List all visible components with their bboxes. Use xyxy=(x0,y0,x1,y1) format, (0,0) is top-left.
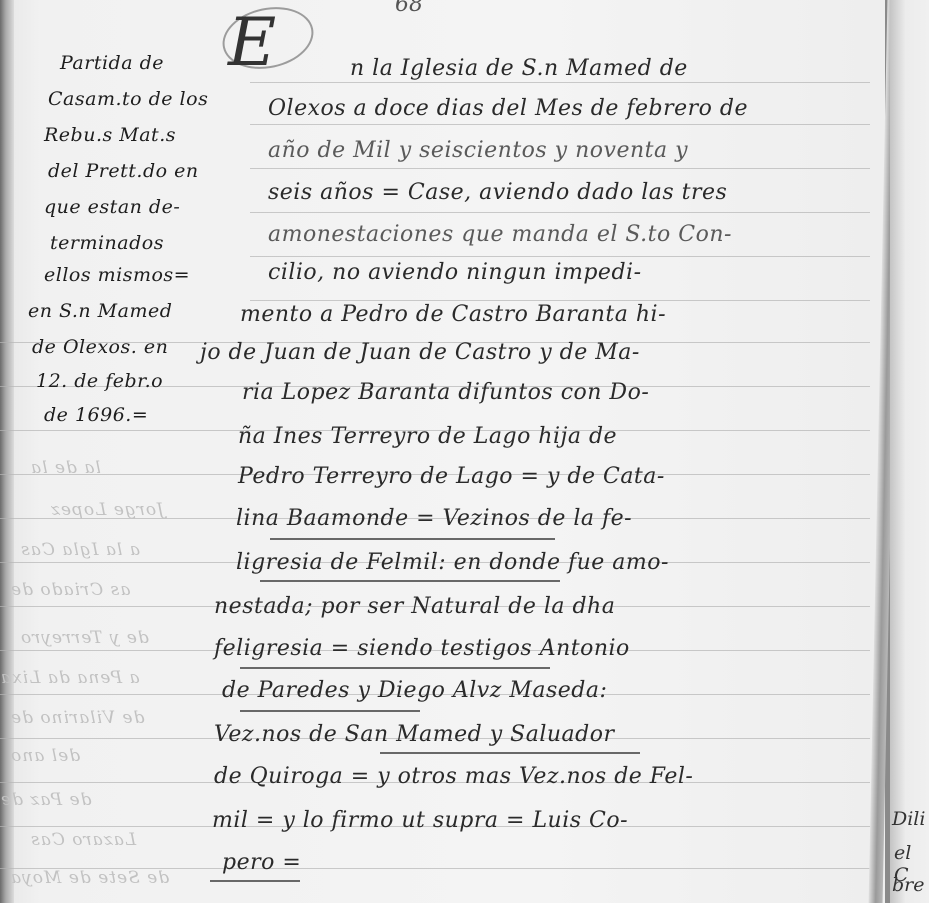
name-underline xyxy=(270,538,555,540)
body-line: amonestaciones que manda el S.to Con- xyxy=(268,222,732,247)
bleed-through-text: del ano xyxy=(10,746,80,766)
margin-note-line: Partida de xyxy=(60,52,164,74)
folio-number: 68 xyxy=(395,0,423,17)
margin-note-line: ellos mismos= xyxy=(44,264,190,286)
bleed-through-text: Jorge Lopez xyxy=(50,500,164,520)
body-line: cilio, no aviendo ningun impedi- xyxy=(268,260,642,285)
name-underline xyxy=(240,667,550,669)
body-line: ria Lopez Baranta difuntos con Do- xyxy=(242,380,649,405)
body-line: seis años = Case, aviendo dado las tres xyxy=(268,180,727,205)
bleed-through-text: de Vilarino de xyxy=(10,708,144,728)
bleed-through-text: as Criado de xyxy=(10,580,130,600)
margin-note-line: de 1696.= xyxy=(44,404,148,426)
margin-note-line: terminados xyxy=(50,232,164,254)
body-line: nestada; por ser Natural de la dha xyxy=(214,594,615,619)
ruled-line xyxy=(250,82,870,83)
body-line: ligresia de Felmil: en donde fue amo- xyxy=(236,550,669,575)
margin-note-line: Casam.to de los xyxy=(48,88,208,110)
bleed-through-text: de y Terreyro xyxy=(20,628,149,648)
adjacent-page: Dili el C bre xyxy=(890,0,929,903)
adjacent-page-text: Dili xyxy=(892,808,925,830)
margin-note-line: del Prett.do en xyxy=(48,160,199,182)
body-line: Pedro Terreyro de Lago = y de Cata- xyxy=(238,464,665,489)
bleed-through-text: a Pena da Lixa xyxy=(0,668,140,688)
body-line: jo de Juan de Juan de Castro y de Ma- xyxy=(200,340,640,365)
body-line: n la Iglesia de S.n Mamed de xyxy=(350,56,688,81)
body-line: de Paredes y Diego Alvz Maseda: xyxy=(222,678,607,703)
body-line: de Quiroga = y otros mas Vez.nos de Fel- xyxy=(214,764,693,789)
bleed-through-text: de Sete de Moya xyxy=(10,868,169,888)
name-underline xyxy=(210,880,300,882)
margin-note-line: que estan de- xyxy=(44,196,180,218)
manuscript-page: la de la Jorge Lopez a la Igla Cas as Cr… xyxy=(0,0,885,903)
name-underline xyxy=(380,752,640,754)
body-line: lina Baamonde = Vezinos de la fe- xyxy=(236,506,632,531)
body-line: Olexos a doce dias del Mes de febrero de xyxy=(268,96,748,121)
name-underline xyxy=(240,710,420,712)
body-line: mil = y lo firmo ut supra = Luis Co- xyxy=(212,808,628,833)
body-line: feligresia = siendo testigos Antonio xyxy=(214,636,630,661)
margin-note-line: 12. de febr.o xyxy=(36,370,163,392)
page-binding-edge xyxy=(0,0,14,903)
ruled-line xyxy=(250,168,870,169)
body-line: mento a Pedro de Castro Baranta hi- xyxy=(240,302,666,327)
margin-note-line: en S.n Mamed xyxy=(28,300,172,322)
name-underline xyxy=(260,580,560,582)
margin-note-line: de Olexos. en xyxy=(32,336,168,358)
bleed-through-text: la de la xyxy=(30,458,101,478)
body-line: Vez.nos de San Mamed y Saluador xyxy=(214,722,615,747)
decorated-initial: E xyxy=(228,8,328,78)
body-line: año de Mil y seiscientos y noventa y xyxy=(268,138,688,163)
bleed-through-text: a la Igla Cas xyxy=(20,540,140,560)
ruled-line xyxy=(250,212,870,213)
bleed-through-text: de Paz de xyxy=(0,790,91,810)
body-line: ña Ines Terreyro de Lago hija de xyxy=(238,424,617,449)
ruled-line xyxy=(250,300,870,301)
margin-note-line: Rebu.s Mat.s xyxy=(44,124,176,146)
bleed-through-text: Lazaro Cas xyxy=(30,830,136,850)
ruled-line xyxy=(250,124,870,125)
ruled-line xyxy=(250,256,870,257)
body-line: pero = xyxy=(222,850,301,875)
adjacent-page-text: bre xyxy=(892,874,925,896)
